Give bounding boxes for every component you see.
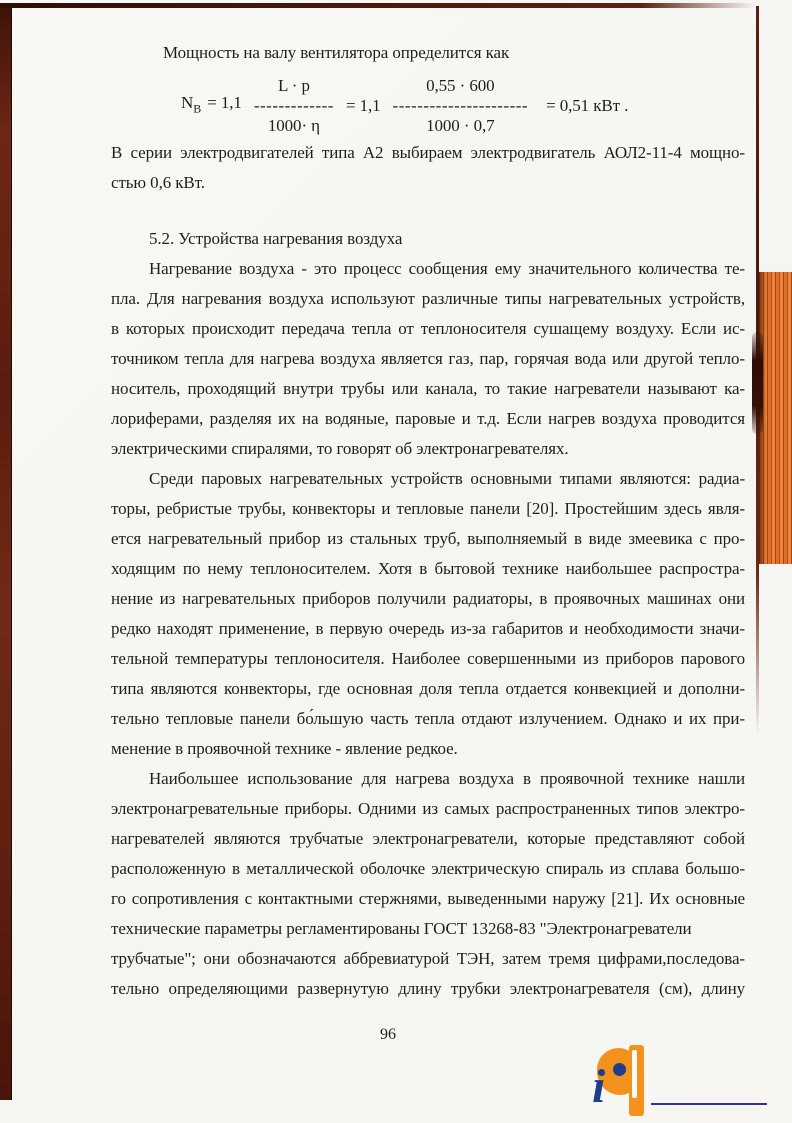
document-page: Мощность на валу вентилятора определится… <box>0 0 792 1123</box>
text-line: в которых происходит передача тепла от т… <box>111 314 745 344</box>
intro-continuation-paragraph: В серии электродвигателей типа А2 выбира… <box>111 138 745 198</box>
text-line: расположенную в металлической оболочке э… <box>111 854 745 884</box>
text-line: лориферами, разделяя их на водяные, паро… <box>111 404 745 434</box>
logo-dot <box>613 1063 626 1076</box>
fraction-numerator: L · p <box>278 74 310 98</box>
text-line: носитель, проходящий внутри трубы или ка… <box>111 374 745 404</box>
text-line: технические параметры регламентированы Г… <box>111 914 745 944</box>
book-binding-edge <box>0 4 11 1100</box>
section-heading: 5.2. Устройства нагревания воздуха <box>111 224 745 254</box>
logo-slot-shape <box>632 1050 637 1098</box>
text-line: нагревателей являются трубчатые электрон… <box>111 824 745 854</box>
text-line: го сопротивления с контактными стержнями… <box>111 884 745 914</box>
fraction-numerator: 0,55 · 600 <box>426 74 494 98</box>
formula-result: = 0,51 кВт . <box>546 91 628 121</box>
text-line: пла. Для нагревания воздуха используют р… <box>111 284 745 314</box>
text-line: нение из нагревательных приборов получил… <box>111 584 745 614</box>
text-line: тельной температуры теплоносителя. Наибо… <box>111 644 745 674</box>
paragraph-3: Наибольшее использование для нагрева воз… <box>111 764 745 1004</box>
fraction-bar: ------------- <box>254 98 334 114</box>
text-line: ходящим по нему теплоносителем. Хотя в б… <box>111 554 745 584</box>
formula-variable-subscript: В <box>193 102 201 116</box>
logo-letter-i: i <box>592 1059 605 1115</box>
text-line: тельно определяющими развернутую длину т… <box>111 974 745 1004</box>
paragraph-1: Нагревание воздуха - это процесс сообщен… <box>111 254 745 464</box>
fan-power-formula: NВ = 1,1 L · p ------------- 1000· η = 1… <box>181 74 745 138</box>
fraction-bar: ---------------------- <box>393 98 529 114</box>
text-line: менение в проявочной технике - явление р… <box>111 734 745 764</box>
fraction-denominator: 1000 · 0,7 <box>426 114 494 138</box>
text-line: В серии электродвигателей типа А2 выбира… <box>111 138 745 168</box>
text-line: электронагревательные приборы. Одними из… <box>111 794 745 824</box>
text-line: торы, ребристые трубы, конвекторы и тепл… <box>111 494 745 524</box>
text-line: Наибольшее использование для нагрева воз… <box>111 764 745 794</box>
text-line: редко находят применение, в первую очере… <box>111 614 745 644</box>
binding-dark-mark <box>752 332 763 434</box>
text-line: типа являются конвекторы, где основная д… <box>111 674 745 704</box>
text-line: ется нагревательный прибор из стальных т… <box>111 524 745 554</box>
formula-equals-2: = 1,1 <box>346 91 381 121</box>
formula-variable: N <box>181 93 193 112</box>
page-content: Мощность на валу вентилятора определится… <box>111 38 745 1004</box>
fraction-denominator: 1000· η <box>268 114 320 138</box>
formula-equals-1: = 1,1 <box>207 93 242 112</box>
page-top-edge <box>0 3 755 8</box>
formula-lhs: NВ = 1,1 <box>181 88 244 123</box>
logo-underline <box>651 1103 767 1105</box>
text-line: точником тепла для нагрева воздуха являе… <box>111 344 745 374</box>
text-line: стью 0,6 кВт. <box>111 168 745 198</box>
text-line: тельно тепловые панели бо́льшую часть те… <box>111 704 745 734</box>
intro-lead-line: Мощность на валу вентилятора определится… <box>111 38 745 68</box>
text-line: электрическими спиралями, то говорят об … <box>111 434 745 464</box>
scanner-watermark-logo: i <box>597 1045 777 1123</box>
text-line: Нагревание воздуха - это процесс сообщен… <box>111 254 745 284</box>
text-line: Среди паровых нагревательных устройств о… <box>111 464 745 494</box>
formula-fraction-numeric: 0,55 · 600 ---------------------- 1000 ·… <box>393 74 529 138</box>
paragraph-2: Среди паровых нагревательных устройств о… <box>111 464 745 764</box>
page-number: 96 <box>368 1026 408 1044</box>
text-line: трубчатые"; они обозначаются аббревиатур… <box>111 944 745 974</box>
formula-fraction-symbolic: L · p ------------- 1000· η <box>254 74 334 138</box>
